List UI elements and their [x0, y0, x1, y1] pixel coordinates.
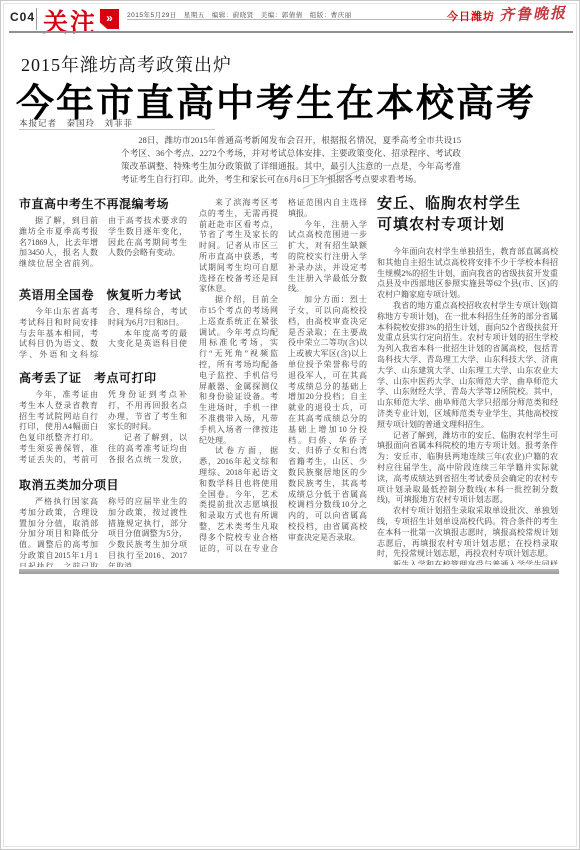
feature-heading-line1: 安丘、临朐农村学生 [377, 195, 521, 212]
feature-article: 安丘、临朐农村学生 可填农村专项计划 今年面向农村学生单独招生，教育部直属高校和… [377, 193, 558, 565]
paragraph: 据介绍，目前全市15个考点的考场网上巡查系统正在紧张调试。今年考点均配用标准化考… [199, 295, 278, 446]
section-ribbon-icon: » [100, 9, 119, 29]
paragraph: 严格执行国家高考加分政策，合理设置加分分值，取消部分加分项目和降低分值。调整后的… [19, 497, 187, 567]
section-body: 严格执行国家高考加分政策，合理设置加分分值，取消部分加分项目和降低分值。调整后的… [19, 497, 187, 567]
paragraph: 加分方面：烈士子女，可以向高校投档，由高校审查决定是否录取；在主要战役中荣立二等… [288, 295, 367, 543]
article-section: 市直高中考生不再混编考场 据了解，到目前潍坊全市夏季高考报名71869人，比去年… [19, 195, 187, 280]
paragraph: 农村专项计划招生录取采取单设批次、单独划线，专项招生计划单设高校代码。符合条件的… [377, 506, 558, 560]
section-body: 今年山东省高考考试科目和时间安排与去年基本相同，考试科目仍为语文、数学、外语和文… [19, 307, 187, 363]
header-rule [9, 31, 573, 33]
feature-heading: 安丘、临朐农村学生 可填农村专项计划 [377, 193, 558, 235]
paragraph: 据了解，到目前潍坊全市夏季高考报名71869人，比去年增加3450人，报名人数继… [19, 216, 187, 280]
lede-paragraph: 28日，潍坊市2015年普通高考新闻发布会召开，根据报名情况，夏季高考全市共设1… [121, 134, 461, 186]
header-thin-rule [127, 19, 489, 20]
paragraph: 今年，注册入学试点高校范围进一步扩大，对有招生缺额的院校实行注册入学补录办法，并… [288, 220, 367, 296]
article-section: 英语用全国卷 恢复听力考试 今年山东省高考考试科目和时间安排与去年基本相同，考试… [19, 286, 187, 363]
masthead-label: 今日潍坊 [447, 8, 495, 24]
continuation-columns: 来了滨海考区考点的考生，无需再提前赶赴市区看考点，节省了考生及家长的时间。记者从… [199, 198, 367, 564]
edition-credits: 2015年5月29日 星期五 编辑：蔚晓贤 美编：郭倩倩 组版：曹庆丽 [127, 10, 352, 19]
qilu-evening-news-logo: 齐鲁晚报 [499, 2, 568, 25]
section-heading: 取消五类加分项目 [19, 476, 187, 493]
feature-body: 今年面向农村学生单独招生，教育部直属高校和其他自主招生试点高校将安排不少于学校本… [377, 247, 558, 565]
paragraph: 来了滨海考区考点的考生，无需再提前赶赴市区看考点，节省了考生及家长的时间。记者从… [199, 198, 278, 295]
section-label: 关注 [43, 3, 97, 39]
byline-rule [19, 129, 215, 130]
section-heading: 市直高中考生不再混编考场 [19, 195, 187, 212]
article-section: 高考丢了证 考点可打印 今年，准考证由考生本人登录省教育招生考试院网站自行打印，… [19, 369, 187, 470]
byline: 本报记者 秦国玲 刘菲菲 [19, 117, 133, 129]
article-section: 取消五类加分项目 严格执行国家高考加分政策，合理设置加分分值，取消部分加分项目和… [19, 476, 187, 567]
paragraph: 记者了解到，潍坊市的安丘、临朐农村学生可填报面向省属本科院校的地方专项计划。报考… [377, 431, 558, 507]
section-body: 据了解，到目前潍坊全市夏季高考报名71869人，比去年增加3450人，报名人数继… [19, 216, 187, 280]
newspaper-page: C04 关注 » 2015年5月29日 星期五 编辑：蔚晓贤 美编：郭倩倩 组版… [0, 0, 580, 850]
reporter-names: 秦国玲 刘菲菲 [67, 118, 134, 128]
byline-label: 本报记者 [19, 118, 57, 128]
bottom-rule-bar [19, 569, 559, 574]
paragraph: 我省的地方重点高校招收农村学生专项计划(简称地方专项计划)，在一批本科招生任务的… [377, 301, 558, 431]
page-number: C04 [10, 10, 35, 24]
header-divider [36, 8, 37, 30]
paragraph: 新生入学和在校管理享受与普通入学学生同样待遇。按农村专项计划录取的新生可自行决定… [377, 560, 558, 565]
section-heading: 高考丢了证 考点可打印 [19, 369, 187, 386]
section-heading: 英语用全国卷 恢复听力考试 [19, 286, 187, 303]
section-body: 今年，准考证由考生本人登录省教育招生考试院网站自行打印，使用A4幅面白色复印纸整… [19, 390, 187, 470]
feature-heading-line2: 可填农村专项计划 [377, 216, 505, 233]
paragraph: 今年面向农村学生单独招生，教育部直属高校和其他自主招生试点高校将安排不少于学校本… [377, 247, 558, 301]
left-column-region: 市直高中考生不再混编考场 据了解，到目前潍坊全市夏季高考报名71869人，比去年… [19, 195, 187, 567]
